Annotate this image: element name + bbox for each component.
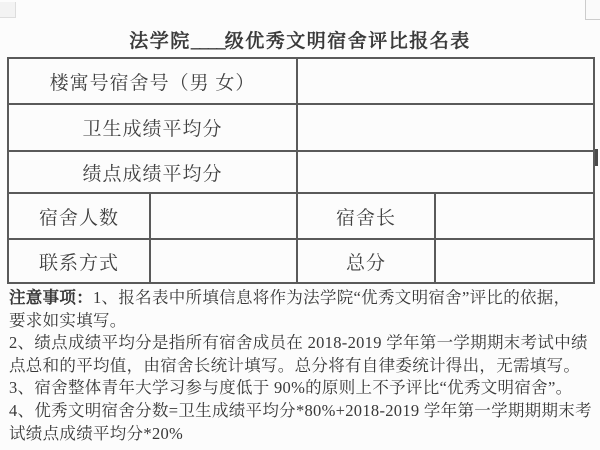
hygiene-average-value-cell bbox=[297, 104, 594, 151]
gpa-average-label: 绩点成绩平均分 bbox=[8, 151, 297, 193]
dorm-number-label: 楼寓号宿舍号（男 女） bbox=[8, 58, 297, 104]
table-row: 宿舍人数 宿舍长 bbox=[8, 193, 594, 239]
title-prefix: 法学院 bbox=[129, 31, 191, 52]
scan-corner-artifact-right bbox=[585, 0, 600, 20]
note-line-6: 4、优秀文明宿舍分数=卫生成绩平均分*80%+2018-2019 学年第一学期期… bbox=[9, 400, 593, 423]
table-row: 绩点成绩平均分 bbox=[8, 151, 594, 193]
form-title: 法学院____级优秀文明宿舍评比报名表 bbox=[0, 26, 600, 53]
dorm-leader-label: 宿舍长 bbox=[297, 193, 435, 239]
total-score-value-cell bbox=[435, 239, 594, 283]
note-line-1: 注意事项：1、报名表中所填信息将作为法学院“优秀文明宿舍”评比的依据， bbox=[9, 287, 593, 310]
dorm-leader-value-cell bbox=[435, 193, 594, 239]
hygiene-average-label: 卫生成绩平均分 bbox=[8, 104, 297, 151]
total-score-label: 总分 bbox=[297, 239, 435, 283]
registration-form-document: 法学院____级优秀文明宿舍评比报名表 楼寓号宿舍号（男 女） 卫生成绩平均分 … bbox=[0, 0, 600, 450]
table-row: 联系方式 总分 bbox=[8, 239, 594, 283]
note-1-text: 1、报名表中所填信息将作为法学院“优秀文明宿舍”评比的依据， bbox=[93, 288, 570, 307]
title-suffix: 级优秀文明宿舍评比报名表 bbox=[225, 31, 471, 52]
note-line-2: 要求如实填写。 bbox=[9, 310, 593, 333]
table-row: 楼寓号宿舍号（男 女） bbox=[8, 58, 594, 104]
member-count-label: 宿舍人数 bbox=[8, 193, 150, 239]
notes-heading: 注意事项： bbox=[9, 288, 93, 307]
contact-value-cell bbox=[150, 239, 297, 283]
note-line-7: 试绩点成绩平均分*20% bbox=[9, 423, 593, 446]
gpa-average-value-cell bbox=[297, 151, 594, 193]
grade-blank-underline: ____ bbox=[191, 31, 225, 52]
table-row: 卫生成绩平均分 bbox=[8, 104, 594, 151]
dorm-number-value-cell bbox=[297, 58, 594, 104]
note-line-4: 点总和的平均值，由宿舍长统计填写。总分将有自律委统计得出，无需填写。 bbox=[9, 355, 593, 378]
registration-table: 楼寓号宿舍号（男 女） 卫生成绩平均分 绩点成绩平均分 宿舍人数 宿舍长 联系方… bbox=[7, 57, 595, 284]
note-line-3: 2、绩点成绩平均分是指所有宿舍成员在 2018-2019 学年第一学期期末考试中… bbox=[9, 332, 593, 355]
notes-section: 注意事项：1、报名表中所填信息将作为法学院“优秀文明宿舍”评比的依据， 要求如实… bbox=[9, 287, 593, 445]
note-line-5: 3、宿舍整体青年大学习参与度低于 90%的原则上不予评比“优秀文明宿舍”。 bbox=[9, 377, 593, 400]
member-count-value-cell bbox=[150, 193, 297, 239]
scan-edge-artifact bbox=[595, 149, 598, 166]
scan-corner-artifact-left bbox=[0, 2, 16, 18]
contact-label: 联系方式 bbox=[8, 239, 150, 283]
